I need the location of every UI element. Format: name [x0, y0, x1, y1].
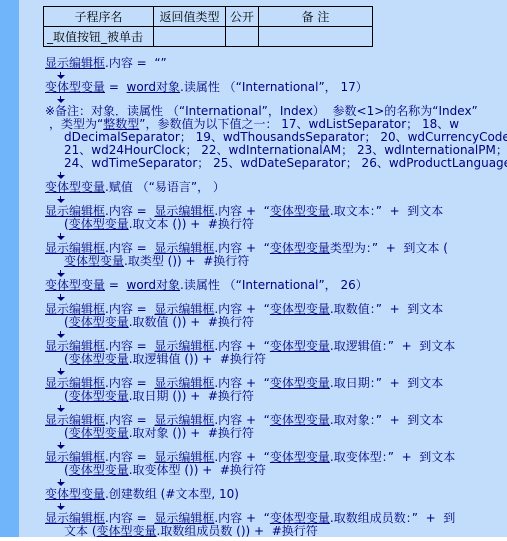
- flow-statement: 显示编辑框.内容 = 显示编辑框.内容 + “变体型变量类型为：” + 到文本 …: [45, 242, 505, 268]
- flow-statement: 变体型变量.赋值 （“易语言”， ）: [45, 181, 505, 194]
- table-header-cell: 备 注: [259, 7, 373, 27]
- down-arrow-icon: [57, 294, 66, 301]
- statement-line: 显示编辑框.内容 = “”: [45, 57, 505, 70]
- flow-statement: 变体型变量.创建数组 (#文本型, 10): [45, 488, 505, 501]
- down-arrow-icon: [57, 172, 66, 179]
- statement-line: (变体型变量.取逻辑值 ()) + #换行符: [45, 353, 505, 366]
- flow-statement: 变体型变量 = word对象.读属性 （“International”， 17）: [45, 81, 505, 94]
- statement-line: 变体型变量.赋值 （“易语言”， ）: [45, 181, 505, 194]
- down-arrow-icon: [57, 368, 66, 375]
- table-cell: [226, 27, 259, 47]
- subroutine-table: 子程序名返回值类型公开备 注 _取值按钮_被单击: [43, 6, 373, 47]
- flow-statement: 显示编辑框.内容 = 显示编辑框.内容 + “变体型变量.取日期：” + 到文本…: [45, 377, 505, 403]
- down-arrow-icon: [57, 503, 66, 510]
- flowchart-page: { "colors": { "background": "#C2DDFC", "…: [0, 0, 507, 541]
- down-arrow-icon: [57, 479, 66, 486]
- down-arrow-icon: [57, 442, 66, 449]
- flow-remark: ※备注：对象．读属性 （“International”，Index） 参数<1>…: [45, 105, 505, 170]
- statement-line: (变体型变量.取变体型 ()) + #换行符: [45, 464, 505, 477]
- down-arrow-icon: [57, 233, 66, 240]
- table-cell: [154, 27, 226, 47]
- flow-statement: 显示编辑框.内容 = “”: [45, 57, 505, 70]
- statement-line: (变体型变量.取数值 ()) + #换行符: [45, 316, 505, 329]
- flow-statement: 显示编辑框.内容 = 显示编辑框.内容 + “变体型变量.取数值：” + 到文本…: [45, 303, 505, 329]
- statement-line: (变体型变量.取文本 ()) + #换行符: [45, 218, 505, 231]
- down-arrow-icon: [57, 270, 66, 277]
- flow-statement: 显示编辑框.内容 = 显示编辑框.内容 + “变体型变量.取对象：” + 到文本…: [45, 414, 505, 440]
- table-header-cell: 子程序名: [44, 7, 154, 27]
- statement-line: 24、wdTimeSeparator； 25、wdDateSeparator； …: [45, 157, 505, 170]
- statement-line: (变体型变量.取日期 ()) + #换行符: [45, 390, 505, 403]
- down-arrow-icon: [57, 96, 66, 103]
- down-arrow-icon: [57, 196, 66, 203]
- flow-statement: 显示编辑框.内容 = 显示编辑框.内容 + “变体型变量.取数组成员数：” + …: [45, 512, 505, 538]
- down-arrow-icon: [57, 331, 66, 338]
- left-margin-strip: [0, 0, 19, 537]
- flow-statement: 显示编辑框.内容 = 显示编辑框.内容 + “变体型变量.取文本：” + 到文本…: [45, 205, 505, 231]
- statement-line: 变体型变量.创建数组 (#文本型, 10): [45, 488, 505, 501]
- flow-statement: 变体型变量 = word对象.读属性 （“International”， 26）: [45, 279, 505, 292]
- bottom-strip: [0, 537, 507, 541]
- statement-line: 变体型变量 = word对象.读属性 （“International”， 17）: [45, 81, 505, 94]
- table-row: _取值按钮_被单击: [44, 27, 373, 47]
- table-header-row: 子程序名返回值类型公开备 注: [44, 7, 373, 27]
- statement-flow: 显示编辑框.内容 = “”变体型变量 = word对象.读属性 （“Intern…: [45, 57, 505, 538]
- table-header-cell: 公开: [226, 7, 259, 27]
- flow-statement: 显示编辑框.内容 = 显示编辑框.内容 + “变体型变量.取逻辑值：” + 到文…: [45, 340, 505, 366]
- table-header-cell: 返回值类型: [154, 7, 226, 27]
- statement-line: 变体型变量 = word对象.读属性 （“International”， 26）: [45, 279, 505, 292]
- flow-statement: 显示编辑框.内容 = 显示编辑框.内容 + “变体型变量.取变体型：” + 到文…: [45, 451, 505, 477]
- down-arrow-icon: [57, 405, 66, 412]
- statement-line: (变体型变量.取对象 ()) + #换行符: [45, 427, 505, 440]
- statement-line: 变体型变量.取类型 ()) + #换行符: [45, 255, 505, 268]
- down-arrow-icon: [57, 72, 66, 79]
- table-cell: [259, 27, 373, 47]
- table-cell: _取值按钮_被单击: [44, 27, 154, 47]
